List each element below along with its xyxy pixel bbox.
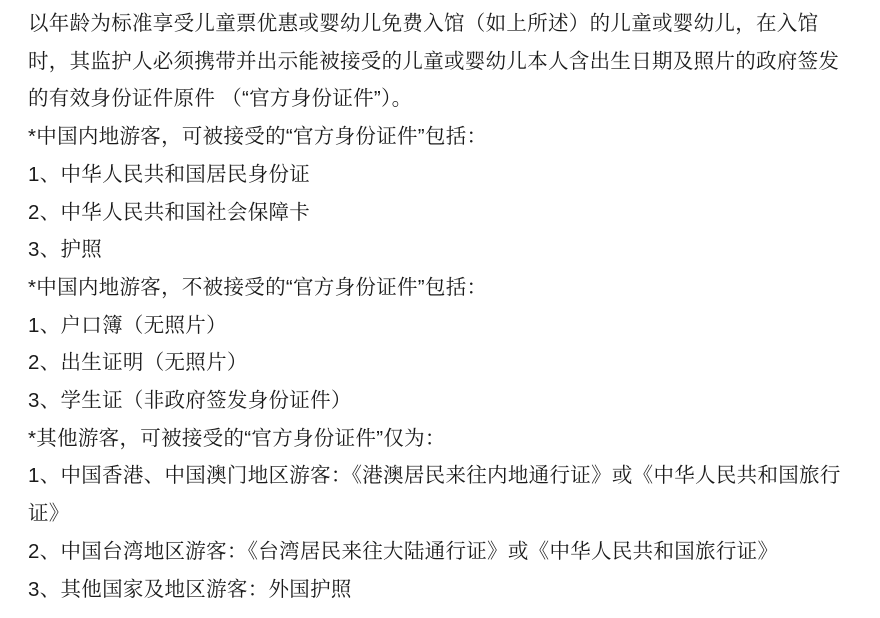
paragraph-intro: 以年龄为标准享受儿童票优惠或婴幼儿免费入馆（如上所述）的儿童或婴幼儿，在入馆时，… bbox=[28, 5, 852, 118]
list-item-accepted-mainland-3: 3、护照 bbox=[28, 231, 852, 269]
list-item-rejected-mainland-3: 3、学生证（非政府签发身份证件） bbox=[28, 382, 852, 420]
list-item-accepted-mainland-2: 2、中华人民共和国社会保障卡 bbox=[28, 194, 852, 232]
list-item-other-visitors-1: 1、中国香港、中国澳门地区游客：《港澳居民来往内地通行证》或《中华人民共和国旅行… bbox=[28, 457, 852, 532]
list-item-other-visitors-3: 3、其他国家及地区游客：外国护照 bbox=[28, 571, 852, 609]
list-item-rejected-mainland-2: 2、出生证明（无照片） bbox=[28, 344, 852, 382]
document-body: 以年龄为标准享受儿童票优惠或婴幼儿免费入馆（如上所述）的儿童或婴幼儿，在入馆时，… bbox=[0, 0, 880, 618]
list-item-other-visitors-2: 2、中国台湾地区游客：《台湾居民来往大陆通行证》或《中华人民共和国旅行证》 bbox=[28, 533, 852, 571]
list-item-rejected-mainland-1: 1、户口簿（无照片） bbox=[28, 307, 852, 345]
list-item-accepted-mainland-1: 1、中华人民共和国居民身份证 bbox=[28, 156, 852, 194]
heading-accepted-mainland: *中国内地游客，可被接受的“官方身份证件”包括： bbox=[28, 118, 852, 156]
heading-rejected-mainland: *中国内地游客，不被接受的“官方身份证件”包括： bbox=[28, 269, 852, 307]
heading-other-visitors: *其他游客，可被接受的“官方身份证件”仅为： bbox=[28, 420, 852, 458]
